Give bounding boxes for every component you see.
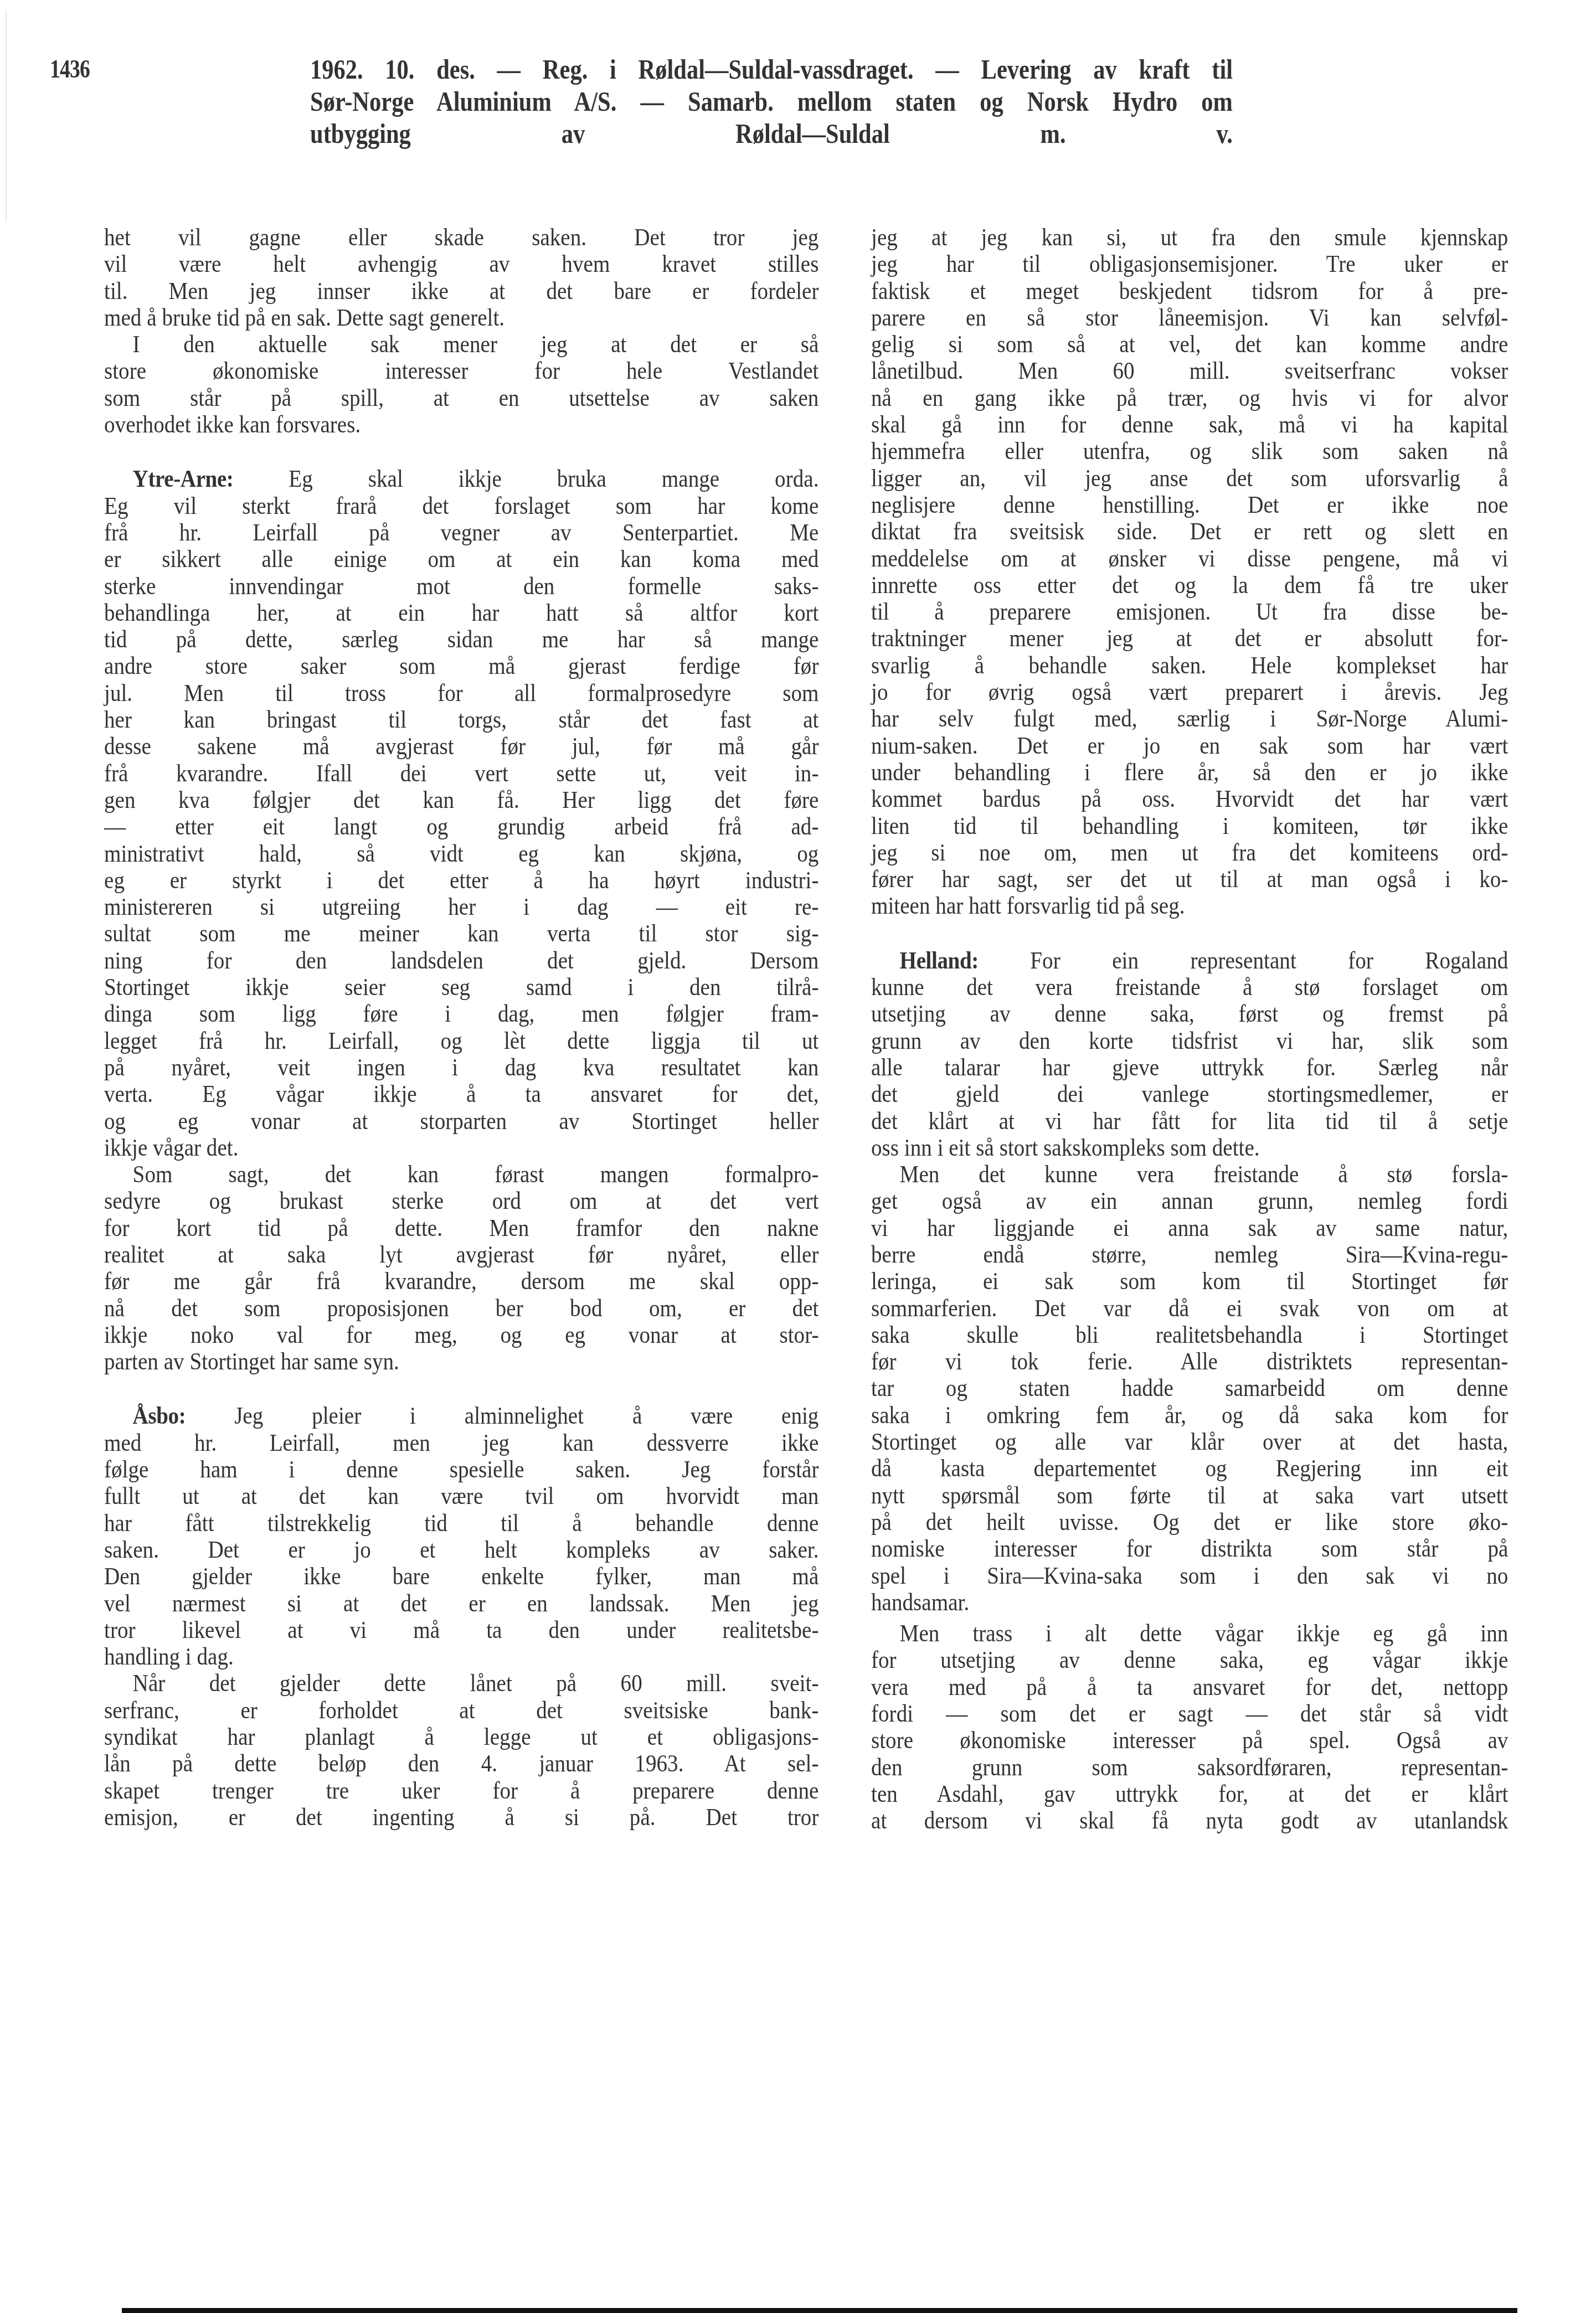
text-line: overhodet ikke kan forsvares.: [104, 411, 818, 438]
paragraph: Men det kunne vera freistande å stø fors…: [871, 1161, 1508, 1616]
text-line: til å preparere emisjonen. Ut fra disse …: [871, 599, 1508, 625]
text-line: då kasta departementet og Regjering inn …: [871, 1455, 1508, 1482]
text-line: diktat fra sveitsisk side. Det er rett o…: [871, 518, 1508, 545]
text-line: jul. Men til tross for all formalprosedy…: [104, 680, 818, 707]
text-line: fører har sagt, ser det ut til at man og…: [871, 866, 1508, 893]
text-line: før vi tok ferie. Alle distriktets repre…: [871, 1348, 1508, 1375]
text-line: er sikkert alle einige om at ein kan kom…: [104, 546, 818, 573]
text-line: Men det kunne vera freistande å stø fors…: [871, 1161, 1508, 1188]
scan-bottom-edge: [122, 2308, 1517, 2313]
text-line: før me går frå kvarandre, dersom me skal…: [104, 1268, 818, 1295]
text-line: sedyre og brukast sterke ord om at det v…: [104, 1188, 818, 1214]
text-line: syndikat har planlagt å legge ut et obli…: [104, 1724, 818, 1750]
text-fragment: Jeg pleier i alminnelighet å være enig: [186, 1402, 818, 1429]
text-line: jeg har til obligasjonsemisjoner. Tre uk…: [871, 251, 1508, 277]
text-line: Den gjelder ikke bare enkelte fylker, ma…: [104, 1563, 818, 1590]
text-line: svarlig å behandle saken. Hele komplekse…: [871, 652, 1508, 679]
running-head-line: utbygging av Røldal—Suldal m. v.: [310, 117, 1233, 150]
speaker-name: Helland:: [900, 947, 979, 974]
speech-first-line: Åsbo: Jeg pleier i alminnelighet å være …: [104, 1403, 818, 1429]
text-line: Som sagt, det kan førast mangen formalpr…: [104, 1161, 818, 1188]
text-line: under behandling i flere år, så den er j…: [871, 759, 1508, 786]
paragraph: Når det gjelder dette lånet på 60 mill. …: [104, 1670, 818, 1831]
text-line: legget frå hr. Leirfall, og lèt dette li…: [104, 1028, 818, 1054]
text-line: frå hr. Leirfall på vegner av Senterpart…: [104, 519, 818, 546]
text-line: lån på dette beløp den 4. januar 1963. A…: [104, 1750, 818, 1777]
text-line: tar og staten hadde samarbeidd om denne: [871, 1375, 1508, 1402]
text-line: dinga som ligg føre i dag, men følgjer f…: [104, 1001, 818, 1027]
text-line: fordi — som det er sagt — det står så vi…: [871, 1701, 1508, 1727]
text-line: har selv fulgt med, særlig i Sør-Norge A…: [871, 705, 1508, 732]
text-line: miteen har hatt forsvarlig tid på seg.: [871, 893, 1508, 919]
text-line: grunn av den korte tidsfrist vi har, sli…: [871, 1028, 1508, 1054]
text-line: som står på spill, at en utsettelse av s…: [104, 385, 818, 411]
speech-helland: Helland: For ein representant for Rogala…: [871, 947, 1508, 1161]
text-line: nytt spørsmål som førte til at saka vart…: [871, 1482, 1508, 1509]
paragraph: Men trass i alt dette vågar ikkje eg gå …: [871, 1620, 1508, 1834]
text-line: alle talarar har gjeve uttrykk for. Særl…: [871, 1054, 1508, 1081]
text-fragment: Eg skal ikkje bruka mange orda.: [233, 465, 818, 492]
text-line: ten Asdahl, gav uttrykk for, at det er k…: [871, 1781, 1508, 1807]
text-line: verta. Eg vågar ikkje å ta ansvaret for …: [104, 1081, 818, 1107]
text-line: her kan bringast til torgs, står det fas…: [104, 707, 818, 733]
text-line: skal gå inn for denne sak, må vi ha kapi…: [871, 411, 1508, 438]
text-line: handling i dag.: [104, 1644, 818, 1670]
text-line: traktninger mener jeg at det er absolutt…: [871, 625, 1508, 652]
text-line: I den aktuelle sak mener jeg at det er s…: [104, 331, 818, 358]
text-line: ikkje vågar det.: [104, 1135, 818, 1161]
text-line: liten tid til behandling i komiteen, tør…: [871, 813, 1508, 839]
text-line: saka i omkring fem år, og då saka kom fo…: [871, 1402, 1508, 1429]
text-line: — etter eit langt og grundig arbeid frå …: [104, 813, 818, 840]
right-column: jeg at jeg kan si, ut fra den smule kjen…: [871, 224, 1508, 1835]
paragraph: jeg at jeg kan si, ut fra den smule kjen…: [871, 224, 1508, 920]
speaker-name: Åsbo:: [133, 1402, 186, 1429]
speech-first-line: Helland: For ein representant for Rogala…: [871, 947, 1508, 974]
text-line: nium-saken. Det er jo en sak som har vær…: [871, 733, 1508, 759]
text-line: Når det gjelder dette lånet på 60 mill. …: [104, 1670, 818, 1697]
text-line: gelig si som så at vel, det kan komme an…: [871, 331, 1508, 358]
text-line: ministrativt hald, så vidt eg kan skjøna…: [104, 841, 818, 867]
running-head-line: 1962. 10. des. — Reg. i Røldal—Suldal-va…: [310, 53, 1233, 85]
text-line: leringa, ei sak som kom til Stortinget f…: [871, 1268, 1508, 1295]
running-head-line: Sør-Norge Aluminium A/S. — Samarb. mello…: [310, 85, 1233, 117]
text-line: Men trass i alt dette vågar ikkje eg gå …: [871, 1620, 1508, 1647]
text-line: ning for den landsdelen det gjeld. Derso…: [104, 947, 818, 974]
text-line: skapet trenger tre uker for å preparere …: [104, 1778, 818, 1804]
paragraph: I den aktuelle sak mener jeg at det er s…: [104, 331, 818, 438]
text-line: og eg vonar at storparten av Stortinget …: [104, 1108, 818, 1135]
text-line: realitet at saka lyt avgjerast før nyåre…: [104, 1242, 818, 1268]
text-line: emisjon, er det ingenting å si på. Det t…: [104, 1804, 818, 1831]
text-line: nå det som proposisjonen ber bod om, er …: [104, 1295, 818, 1322]
text-line: behandlinga her, at ein har hatt så altf…: [104, 600, 818, 626]
text-line: tid på dette, særleg sidan me har så man…: [104, 626, 818, 653]
text-line: frå kvarandre. Ifall dei vert sette ut, …: [104, 760, 818, 787]
page-edge: [6, 11, 7, 221]
text-line: på det heilt uvisse. Og det er like stor…: [871, 1509, 1508, 1536]
text-line: get også av ein annan grunn, nemleg ford…: [871, 1188, 1508, 1214]
text-line: kunne det vera freistande å stø forslage…: [871, 974, 1508, 1001]
text-line: sultat som me meiner kan verta til stor …: [104, 920, 818, 947]
text-line: med å bruke tid på en sak. Dette sagt ge…: [104, 305, 818, 331]
text-line: vil være helt avhengig av hvem kravet st…: [104, 251, 818, 277]
text-line: den grunn som saksordføraren, representa…: [871, 1754, 1508, 1781]
text-line: jeg at jeg kan si, ut fra den smule kjen…: [871, 224, 1508, 251]
text-line: parten av Stortinget har same syn.: [104, 1348, 818, 1375]
text-line: saka skulle bli realitetsbehandla i Stor…: [871, 1322, 1508, 1348]
text-line: for utsetjing av denne saka, eg vågar ik…: [871, 1647, 1508, 1673]
text-line: eg er styrkt i det etter å ha høyrt indu…: [104, 867, 818, 894]
text-line: nå en gang ikke på trær, og hvis vi for …: [871, 385, 1508, 411]
speech-asbo: Åsbo: Jeg pleier i alminnelighet å være …: [104, 1403, 818, 1670]
text-line: det klårt at vi har fått for lita tid ti…: [871, 1108, 1508, 1135]
text-line: at dersom vi skal få nyta godt av utanla…: [871, 1807, 1508, 1834]
text-line: meddelelse om at ønsker vi disse pengene…: [871, 545, 1508, 572]
text-line: på nyåret, veit ingen i dag kva resultat…: [104, 1054, 818, 1081]
text-line: het vil gagne eller skade saken. Det tro…: [104, 224, 818, 251]
text-line: berre endå større, nemleg Sira—Kvina-reg…: [871, 1242, 1508, 1268]
text-line: vi har liggjande ei anna sak av same nat…: [871, 1215, 1508, 1242]
left-column: het vil gagne eller skade saken. Det tro…: [104, 224, 818, 1831]
text-line: det gjeld dei vanlege stortingsmedlemer,…: [871, 1081, 1508, 1107]
text-line: Eg vil sterkt frarå det forslaget som ha…: [104, 493, 818, 519]
text-line: kommet bardus på oss. Hvorvidt det har v…: [871, 786, 1508, 812]
text-line: saken. Det er jo et helt kompleks av sak…: [104, 1537, 818, 1563]
text-fragment: For ein representant for Rogaland: [979, 947, 1509, 974]
running-head: 1962. 10. des. — Reg. i Røldal—Suldal-va…: [310, 53, 1233, 150]
text-line: jo for øvrig også vært preparert i årevi…: [871, 679, 1508, 705]
text-line: Stortinget ikkje seier seg samd i den ti…: [104, 974, 818, 1001]
speech-first-line: Ytre-Arne: Eg skal ikkje bruka mange ord…: [104, 466, 818, 492]
text-line: har fått tilstrekkelig tid til å behandl…: [104, 1510, 818, 1537]
page-number: 1436: [50, 54, 90, 84]
text-line: vera med på å ta ansvaret for det, netto…: [871, 1674, 1508, 1701]
text-line: hjemmefra eller utenfra, og slik som sak…: [871, 438, 1508, 465]
paragraph: het vil gagne eller skade saken. Det tro…: [104, 224, 818, 331]
text-line: serfranc, er forholdet at det sveitsiske…: [104, 1697, 818, 1724]
text-line: desse sakene må avgjerast før jul, før m…: [104, 733, 818, 760]
text-line: nomiske interesser for distrikta som stå…: [871, 1536, 1508, 1562]
text-line: handsamar.: [871, 1589, 1508, 1616]
text-line: for kort tid på dette. Men framfor den n…: [104, 1215, 818, 1242]
text-line: med hr. Leirfall, men jeg kan dessverre …: [104, 1430, 818, 1456]
text-line: store økonomiske interesser på spel. Ogs…: [871, 1727, 1508, 1754]
text-line: ikkje noko val for meg, og eg vonar at s…: [104, 1322, 818, 1348]
text-line: innrette oss etter det og la dem få tre …: [871, 572, 1508, 599]
text-line: faktisk et meget beskjedent tidsrom for …: [871, 278, 1508, 305]
speaker-name: Ytre-Arne:: [133, 465, 234, 492]
text-line: følge ham i denne spesielle saken. Jeg f…: [104, 1456, 818, 1483]
text-line: sterke innvendingar mot den formelle sak…: [104, 573, 818, 600]
text-line: parere en så stor låneemisjon. Vi kan se…: [871, 305, 1508, 331]
text-line: oss inn i eit så stort sakskompleks som …: [871, 1135, 1508, 1161]
text-line: utsetjing av denne saka, først og fremst…: [871, 1001, 1508, 1027]
text-line: store økonomiske interesser for hele Ves…: [104, 358, 818, 384]
text-line: jeg si noe om, men ut fra det komiteens …: [871, 839, 1508, 866]
text-line: sommarferien. Det var då ei svak von om …: [871, 1295, 1508, 1322]
text-line: Stortinget og alle var klår over at det …: [871, 1429, 1508, 1455]
text-line: lånetilbud. Men 60 mill. sveitserfranc v…: [871, 358, 1508, 384]
text-line: spel i Sira—Kvina-saka som i den sak vi …: [871, 1563, 1508, 1589]
text-line: vel nærmest si at det er en landssak. Me…: [104, 1590, 818, 1617]
text-line: andre store saker som må gjerast ferdige…: [104, 653, 818, 679]
text-line: ministereren si utgreiing her i dag — ei…: [104, 894, 818, 920]
text-line: fullt ut at det kan være tvil om hvorvid…: [104, 1483, 818, 1510]
text-line: neglisjere denne henstilling. Det er ikk…: [871, 492, 1508, 518]
paragraph: Som sagt, det kan førast mangen formalpr…: [104, 1161, 818, 1375]
text-line: til. Men jeg innser ikke at det bare er …: [104, 278, 818, 305]
speech-ytre-arne: Ytre-Arne: Eg skal ikkje bruka mange ord…: [104, 466, 818, 1161]
text-line: ligger an, vil jeg anse det som uforsvar…: [871, 465, 1508, 492]
text-line: tror likevel at vi må ta den under reali…: [104, 1617, 818, 1644]
text-line: gen kva følgjer det kan få. Her ligg det…: [104, 787, 818, 813]
